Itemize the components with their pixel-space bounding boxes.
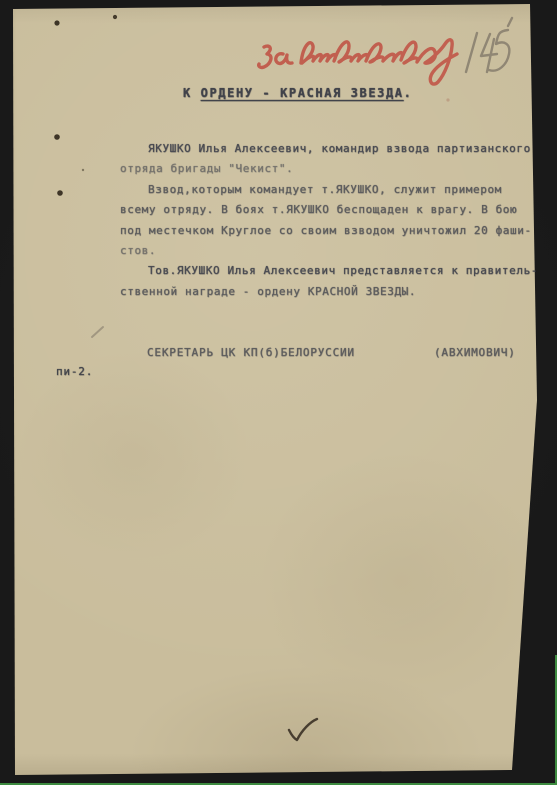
signature-position: СЕКРЕТАРЬ ЦК КП(б)БЕЛОРУССИИ [147,346,355,359]
document-title: К ОРДЕНУ - КРАСНАЯ ЗВЕЗДА. [183,86,412,100]
paragraph-line: стов. [120,244,545,264]
typist-marker: пи-2. [56,365,93,378]
paragraph-line: Тов.ЯКУШКО Илья Алексеевич представляетс… [120,264,545,284]
paragraph-line: ственной награде - ордену КРАСНОЙ ЗВЕЗДЫ… [120,285,545,305]
paragraph-line: отряда бригады "Чекист". [120,162,545,182]
title-suffix: . [404,86,413,100]
signature-name: (АВХИМОВИЧ) [434,346,516,359]
paragraph-line: Взвод,которым командует т.ЯКУШКО, служит… [120,183,545,203]
document-body: ЯКУШКО Илья Алексеевич, командир взвода … [120,142,545,305]
paragraph-line: под местечком Круглое со своим взводом у… [120,224,545,244]
paper-sheet [0,0,557,785]
scanned-document: К ОРДЕНУ - КРАСНАЯ ЗВЕЗДА. ЯКУШКО Илья А… [0,0,557,785]
paragraph-line: ЯКУШКО Илья Алексеевич, командир взвода … [120,142,545,162]
title-prefix: К [183,86,201,100]
title-underlined: ОРДЕНУ - КРАСНАЯ ЗВЕЗДА [201,86,404,100]
paragraph-line: всему отряду. В боях т.ЯКУШКО беспощаден… [120,203,545,223]
